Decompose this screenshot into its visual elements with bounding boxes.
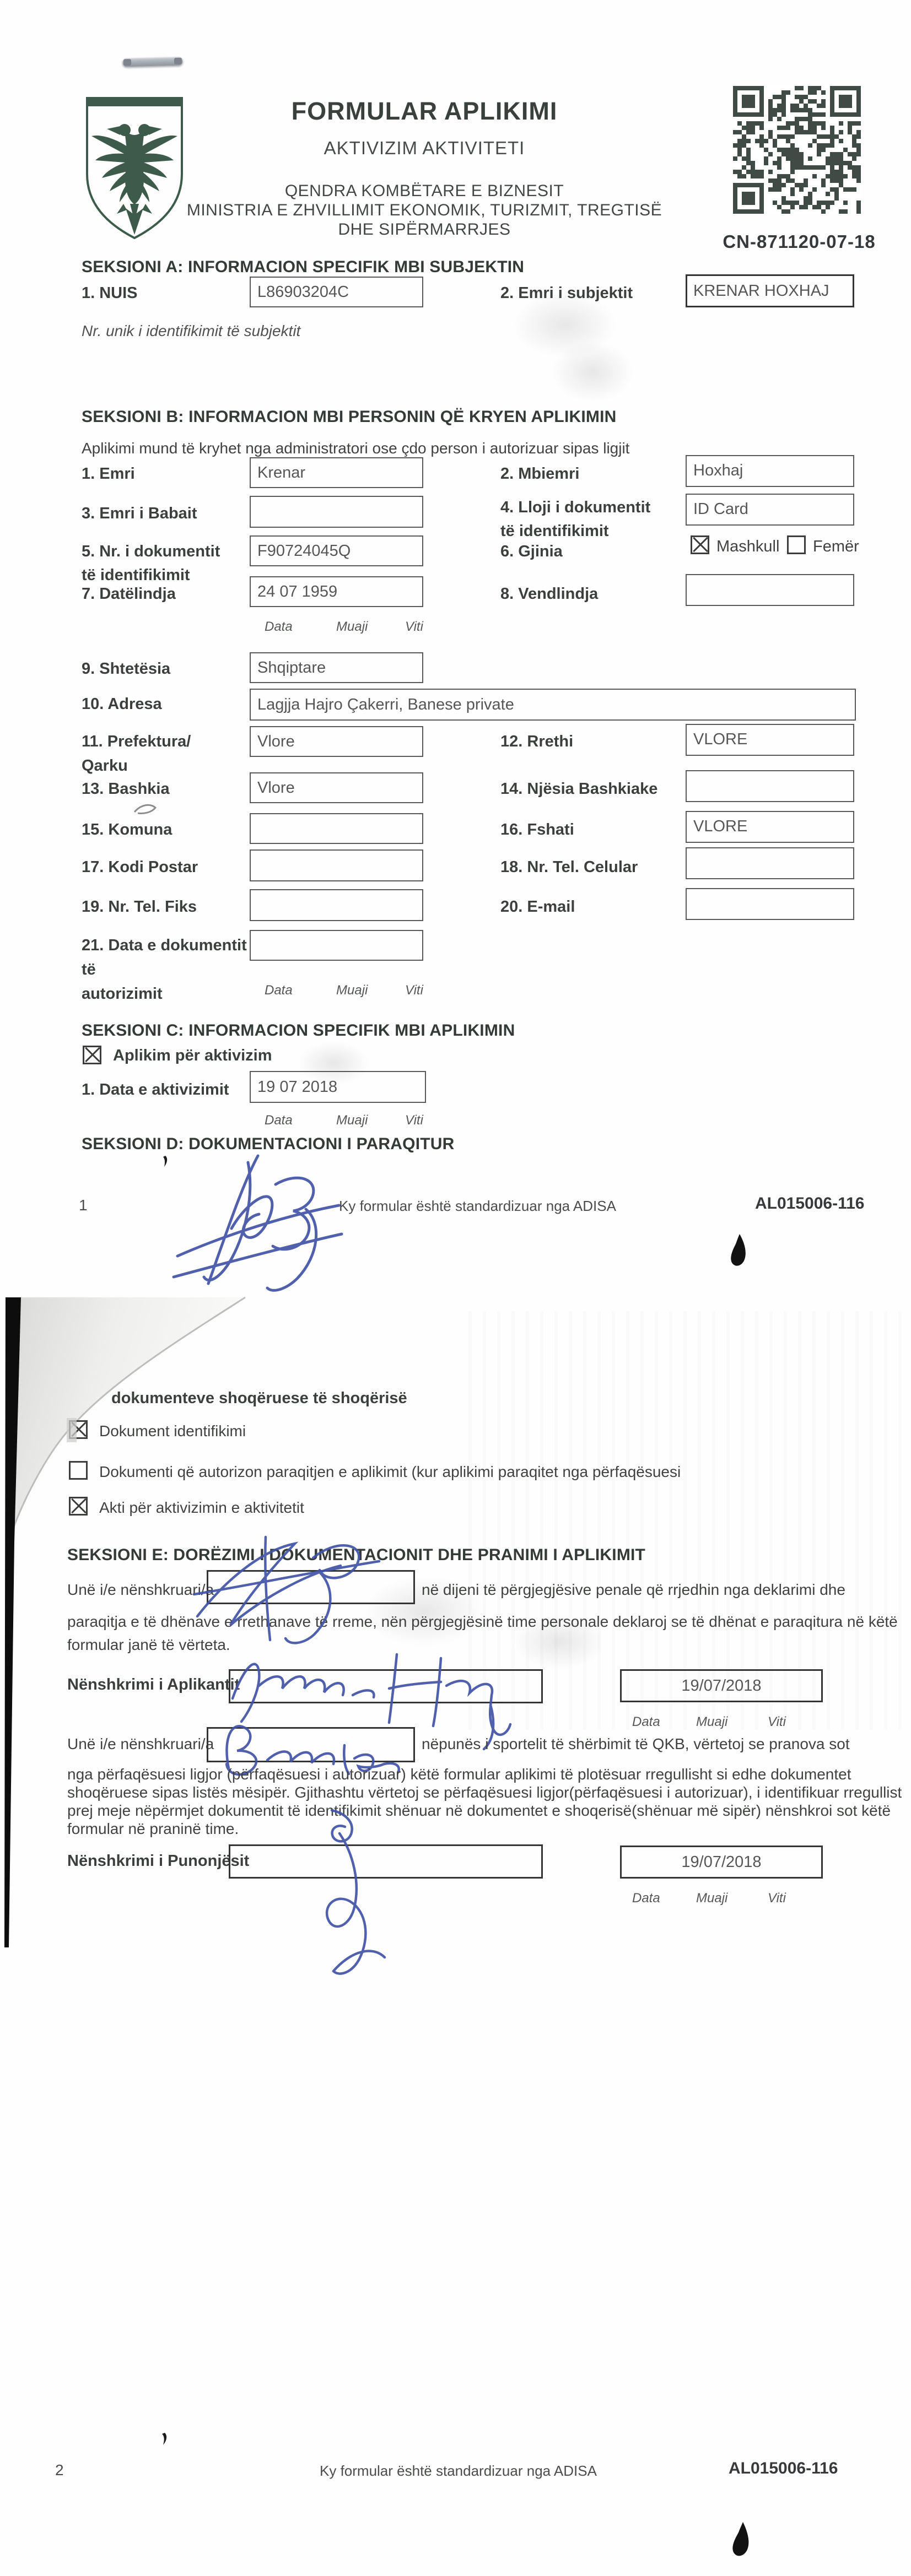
field-babai-box [250,496,423,528]
aplikim-aktivizim-label: Aplikim për aktivizim [113,1047,272,1065]
akti-aktivizimin-label: Akti për aktivizimin e aktivitetit [99,1499,304,1517]
fold-shadow-over-checkbox [67,1418,77,1442]
field-nr-dok-label-line1: 5. Nr. i dokumentit [82,543,220,561]
viti-col: Viti [405,1113,423,1128]
decl2-line3: shoqëruese sipas listës mësipër. Gjithas… [67,1784,902,1801]
sig-employee-label: Nënshkrimi i Punonjësit [67,1852,249,1870]
viti-col: Viti [768,1714,786,1730]
field-mbiemri-label: 2. Mbiemri [500,465,579,483]
field-nr-dok-value: F90724045Q [257,542,351,560]
decl2-line2: nga përfaqësuesi ligjor (përfaqësuesi i … [67,1766,851,1783]
field-data-aktivizimit-value: 19 07 2018 [257,1078,337,1096]
scanned-application-form: FORMULAR APLIKIMI AKTIVIZIM AKTIVITETI Q… [0,0,911,2576]
org-name-line1: QENDRA KOMBËTARE E BIZNESIT [182,182,667,201]
scan-smudge [551,342,634,402]
viti-col: Viti [405,619,423,635]
decl2-after: nëpunës i sportelit të shërbimit të QKB,… [422,1735,850,1753]
page2-partial-line: dokumenteve shoqëruese të shoqërisë [111,1389,407,1408]
dokument-autorizon-label: Dokumenti që autorizon paraqitjen e apli… [99,1463,681,1481]
date-columns-aktivizimit: Data Muaji Viti [250,1113,432,1129]
section-b-note: Aplikimi mund të kryhet nga administrato… [82,440,629,457]
gjinia-mashkull-label: Mashkull [716,538,779,556]
field-rrethi-label: 12. Rrethi [500,733,573,751]
muaji-col: Muaji [336,983,368,998]
sig-applicant-label: Nënshkrimi i Aplikantit [67,1676,240,1694]
field-shtetesia-label: 9. Shtetësia [82,660,170,678]
dokument-autorizon-checkbox [69,1461,88,1480]
data-col: Data [265,619,293,635]
decl1-after: në dijeni të përgjegjësive penale që rrj… [422,1581,845,1599]
field-bashkia-value: Vlore [257,779,295,797]
field-vendlindja-box [686,574,854,606]
dokument-identifikimi-label: Dokument identifikimi [99,1422,246,1440]
field-komuna-label: 15. Komuna [82,821,172,839]
field-subject-name-label: 2. Emri i subjektit [500,284,633,302]
field-adresa-label: 10. Adresa [82,695,162,713]
data-col: Data [265,1113,293,1128]
page2-number: 2 [55,2461,64,2479]
ink-comma-mark [160,2432,169,2446]
aplikim-aktivizim-checkbox [83,1046,101,1064]
field-njesia-label: 14. Njësia Bashkiake [500,780,657,798]
section-a-title: SEKSIONI A: INFORMACION SPECIFIK MBI SUB… [82,258,524,277]
data-col: Data [632,1714,660,1730]
section-b-title: SEKSIONI B: INFORMACION MBI PERSONIN QË … [82,408,617,426]
muaji-col: Muaji [696,1891,727,1906]
qr-code-label: CN-871120-07-18 [719,231,879,252]
qr-code-icon [733,86,861,214]
field-tel-celular-label: 18. Nr. Tel. Celular [500,858,638,876]
date-employee-value: 19/07/2018 [620,1853,823,1871]
field-prefektura-value: Vlore [257,733,295,751]
field-nuis-value: L86903204C [257,283,349,301]
page-title: FORMULAR APLIKIMI [209,97,639,126]
field-njesia-box [686,770,854,802]
field-komuna-box [250,813,423,844]
nuis-note: Nr. unik i identifikimit të subjektit [82,322,300,340]
field-fshati-value: VLORE [693,818,747,836]
field-vendlindja-label: 8. Vendlindja [500,585,598,603]
gjinia-femer-label: Femër [813,538,859,556]
ink-blot [729,1233,748,1269]
staple-icon [122,57,183,67]
page2-footer-text: Ky formular është standardizuar nga ADIS… [320,2463,562,2480]
data-col: Data [632,1891,660,1906]
field-email-box [686,888,854,920]
field-nr-dok-label-line2: të identifikimit [82,566,190,585]
gjinia-femer-checkbox [787,535,806,554]
field-fshati-label: 16. Fshati [500,821,574,839]
field-data-autorizimit-box [250,930,423,961]
field-tel-fiks-label: 19. Nr. Tel. Fiks [82,898,197,916]
decl2-pre: Unë i/e nënshkruari/a [67,1735,214,1753]
field-email-label: 20. E-mail [500,898,575,916]
date-columns-employee: Data Muaji Viti [620,1891,823,1907]
decl2-line5: formular në praninë time. [67,1820,239,1838]
field-gjinia-label: 6. Gjinia [500,543,563,561]
ink-blot [731,2521,752,2559]
section-c-title: SEKSIONI C: INFORMACION SPECIFIK MBI APL… [82,1021,515,1040]
field-data-autorizimit-label-line1: 21. Data e dokumentit [82,937,247,955]
date-columns-applicant: Data Muaji Viti [620,1714,823,1731]
org-name-line3: DHE SIPËRMARRJES [182,220,667,239]
field-babai-label: 3. Emri i Babait [82,505,197,523]
field-rrethi-value: VLORE [693,730,747,749]
date-columns-autorizimit: Data Muaji Viti [250,983,432,999]
muaji-col: Muaji [336,619,368,635]
org-name-line2: MINISTRIA E ZHVILLIMIT EKONOMIK, TURIZMI… [165,201,683,220]
viti-col: Viti [768,1891,786,1906]
date-columns-datelindja: Data Muaji Viti [250,619,432,636]
field-datelindja-label: 7. Datëlindja [82,585,176,603]
field-tel-celular-box [686,847,854,879]
field-emri-value: Krenar [257,464,305,482]
page2-footer-code: AL015006-116 [729,2459,838,2478]
field-adresa-value: Lagjja Hajro Çakerri, Banese private [257,696,514,714]
field-prefektura-label-line1: 11. Prefektura/ [82,733,191,751]
page1-footer-code: AL015006-116 [755,1194,865,1213]
page1-signature-scrawl [165,1146,353,1306]
akti-aktivizimin-checkbox [69,1497,88,1516]
muaji-col: Muaji [336,1113,368,1128]
field-lloji-dok-value: ID Card [693,500,748,518]
field-nuis-label: 1. NUIS [82,284,138,302]
field-datelindja-value: 24 07 1959 [257,583,337,601]
muaji-col: Muaji [696,1714,727,1730]
field-bashkia-label: 13. Bashkia [82,780,170,798]
field-shtetesia-value: Shqiptare [257,659,326,677]
field-kodi-postar-label: 17. Kodi Postar [82,858,198,876]
page1-number: 1 [79,1197,88,1214]
form-subtitle: AKTIVIZIM AKTIVITETI [209,138,639,159]
field-emri-label: 1. Emri [82,465,135,483]
field-data-autorizimit-label-line2: të [82,961,96,979]
data-col: Data [265,983,293,998]
viti-col: Viti [405,983,423,998]
employee-signature [287,1800,419,1977]
date-applicant-value: 19/07/2018 [620,1677,823,1695]
pen-mark [131,800,164,820]
field-prefektura-label-line2: Qarku [82,757,128,775]
field-data-aktivizimit-label: 1. Data e aktivizimit [82,1081,229,1099]
page1-footer-text: Ky formular është standardizuar nga ADIS… [339,1198,581,1215]
field-lloji-dok-label-line2: të identifikimit [500,522,609,540]
field-data-autorizimit-label-line3: autorizimit [82,985,163,1003]
field-subject-name-value: KRENAR HOXHAJ [693,282,829,300]
field-kodi-postar-box [250,849,423,881]
field-mbiemri-value: Hoxhaj [693,462,743,480]
decl2-line4: prej meje nëpërmjet dokumentit të identi… [67,1802,891,1820]
gjinia-mashkull-checkbox [691,535,709,554]
field-tel-fiks-box [250,889,423,921]
field-lloji-dok-label-line1: 4. Lloji i dokumentit [500,499,650,517]
